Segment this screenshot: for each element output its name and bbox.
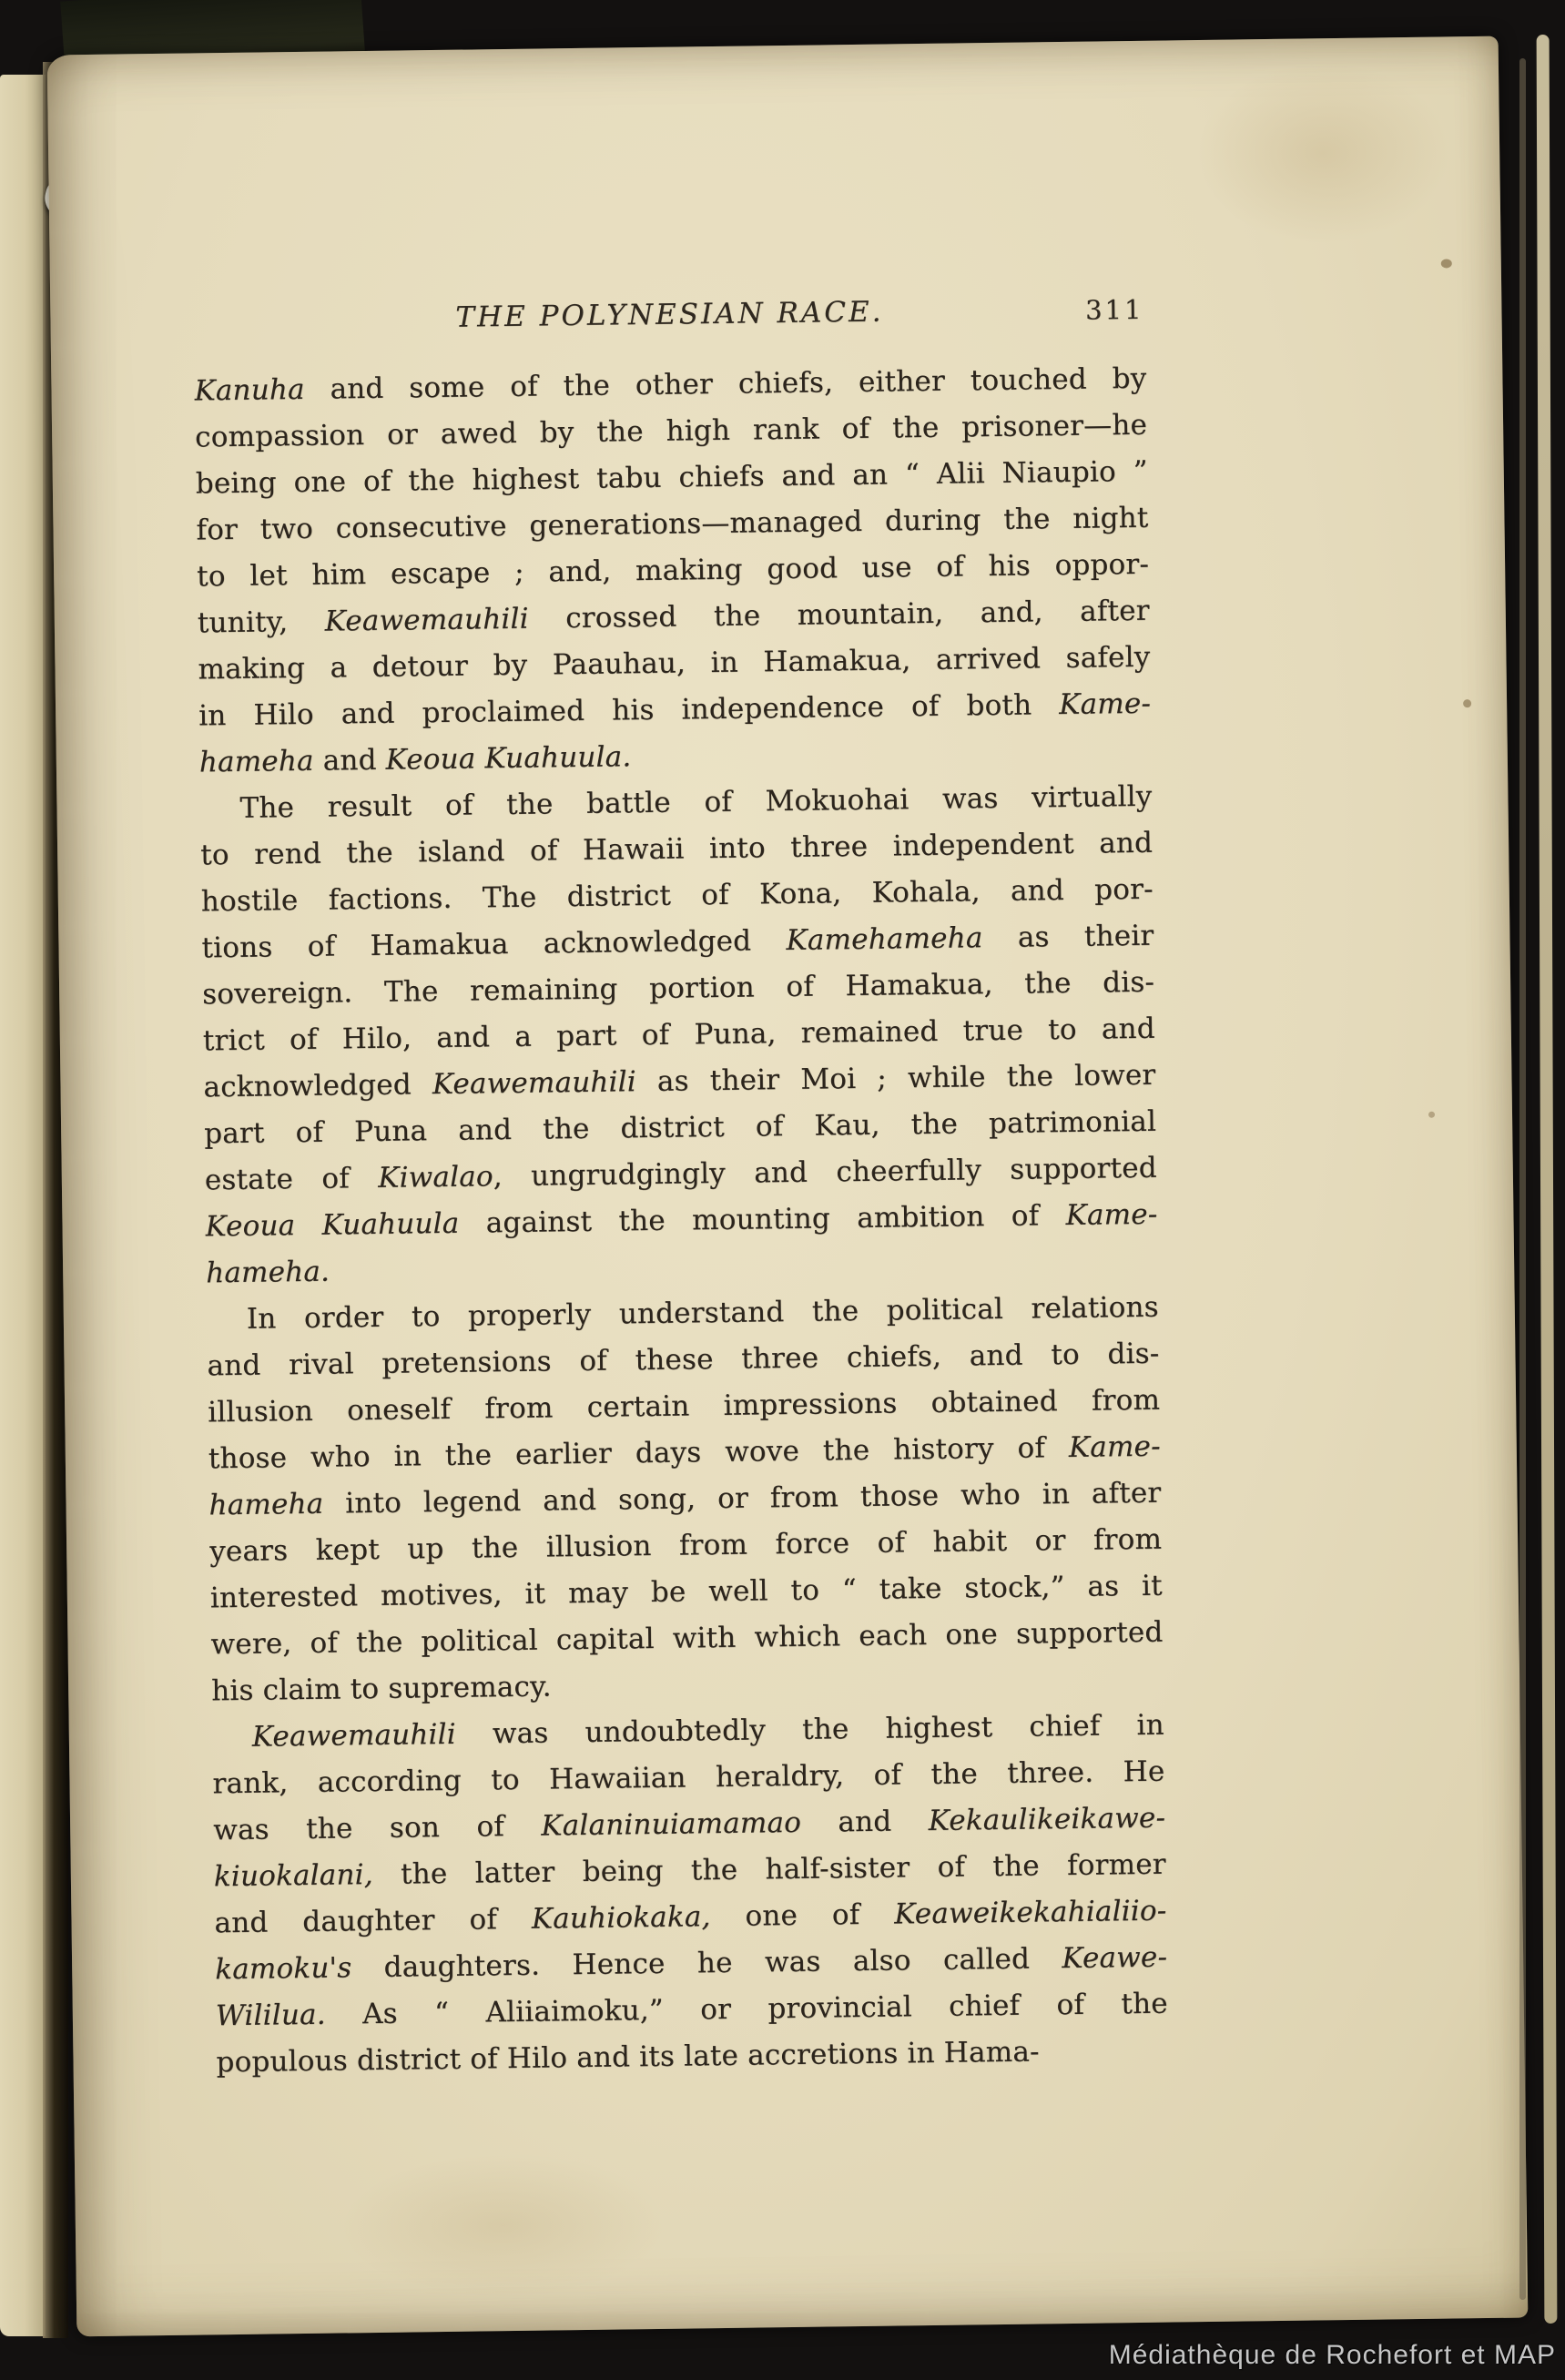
page-fore-edge <box>1519 58 1526 2300</box>
foxing-speck <box>1441 259 1452 268</box>
foxing-speck <box>1463 699 1471 707</box>
paragraph: Kanuha and some of the other chiefs, eit… <box>194 356 1152 787</box>
left-page-edge <box>0 75 46 2336</box>
running-head: THE POLYNESIAN RACE. 311 <box>193 292 1146 347</box>
foxing-stain <box>1194 60 1452 246</box>
book-scan-photo: THE POLYNESIAN RACE. 311 Kanuha and some… <box>0 0 1565 2380</box>
paragraph: In order to properly understand the poli… <box>207 1285 1164 1715</box>
paragraph: Keawemauhili was undoubtedly the highest… <box>212 1703 1169 2087</box>
page-text: Kanuha and some of the other chiefs, eit… <box>194 356 1169 2087</box>
foxing-stain <box>339 2151 668 2301</box>
page-fore-edge <box>1537 35 1558 2324</box>
book-page: THE POLYNESIAN RACE. 311 Kanuha and some… <box>47 36 1529 2337</box>
running-head-title: THE POLYNESIAN RACE. <box>193 292 1145 338</box>
foxing-speck <box>1428 1112 1435 1118</box>
paragraph: The result of the battle of Mokuohai was… <box>199 774 1158 1297</box>
watermark-text: Médiathèque de Rochefort et MAP <box>1109 2340 1556 2371</box>
page-number: 311 <box>1085 294 1144 326</box>
